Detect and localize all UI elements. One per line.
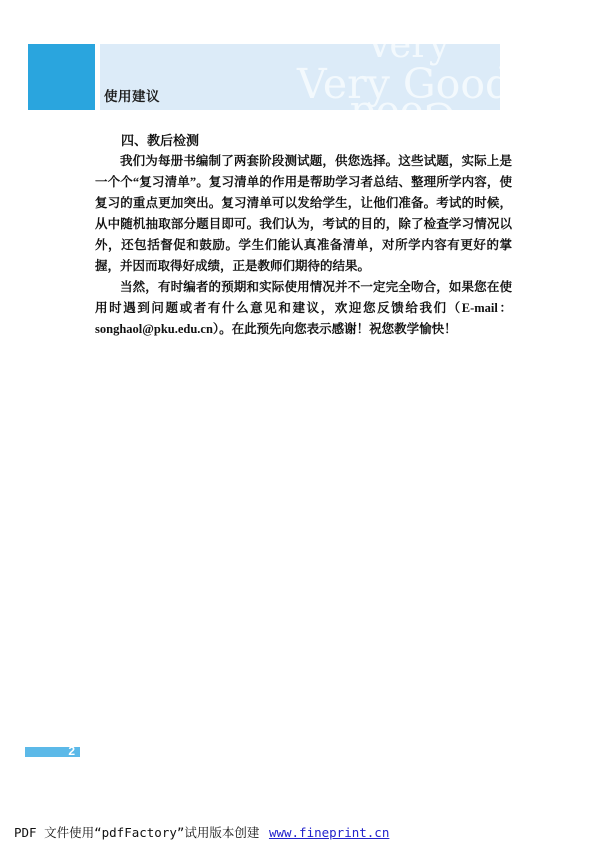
section-heading: 四、教后检测	[95, 130, 512, 151]
page-title: 使用建议	[104, 85, 160, 105]
header-banner: Very Very Good Good 使用建议	[100, 44, 500, 110]
header-accent-square	[28, 44, 95, 110]
watermark-good-flipped: Good	[350, 96, 456, 110]
body-text-block: 四、教后检测 我们为每册书编制了两套阶段测试题，供您选择。这些试题，实际上是一个…	[95, 130, 512, 340]
document-page: Very Very Good Good 使用建议 四、教后检测 我们为每册书编制…	[0, 0, 600, 849]
page-number-bar: 2	[25, 747, 80, 757]
body-paragraph-1: 我们为每册书编制了两套阶段测试题，供您选择。这些试题，实际上是一个个“复习清单”…	[95, 151, 512, 277]
fineprint-link[interactable]: www.fineprint.cn	[269, 825, 389, 840]
pdf-notice-text: PDF 文件使用“pdfFactory”试用版本创建	[14, 825, 259, 840]
pdf-trial-notice: PDF 文件使用“pdfFactory”试用版本创建 www.fineprint…	[14, 823, 389, 841]
page-number: 2	[68, 745, 75, 758]
body-paragraph-2: 当然，有时编者的预期和实际使用情况并不一定完全吻合，如果您在使用时遇到问题或者有…	[95, 277, 512, 340]
